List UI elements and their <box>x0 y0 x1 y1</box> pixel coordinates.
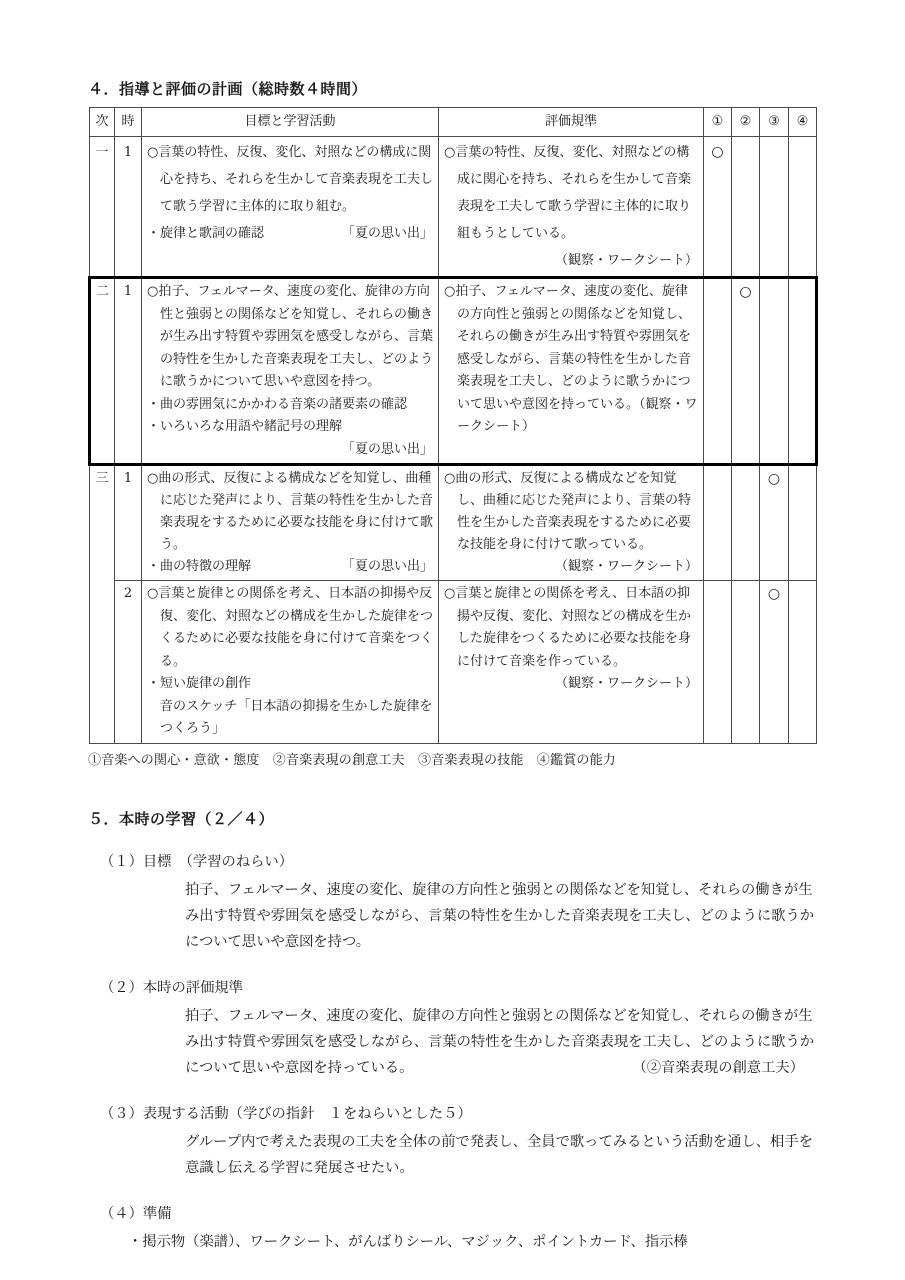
header-row: 次 時 目標と学習活動 評価規準 ① ② ③ ④ <box>90 108 817 137</box>
lesson-item-criteria: （２）本時の評価規準 拍子、フェルマータ、速度の変化、旋律の方向性と強弱との関係… <box>88 977 818 1081</box>
header-unit: 次 <box>90 108 115 137</box>
mark-cell-2 <box>732 137 760 278</box>
cell-line-left: ・曲の特徴の理解 <box>147 556 251 578</box>
header-mark-2: ② <box>732 108 760 137</box>
item-body: 拍子、フェルマータ、速度の変化、旋律の方向性と強弱との関係などを知覚し、それらの… <box>185 877 820 955</box>
unit-cell: 一 <box>90 137 115 278</box>
cell-line-right: 「夏の思い出」 <box>342 556 433 578</box>
mark-cell-2 <box>732 465 760 581</box>
mark-cell-3 <box>760 137 789 278</box>
table-row: 一1○言葉の特性、反復、変化、対照などの構成に関心を持ち、それらを生かして音楽表… <box>90 137 817 278</box>
item-heading: （３）表現する活動（学びの指針 １をねらいとした５） <box>100 1103 818 1123</box>
mark-cell-1: ○ <box>704 137 732 278</box>
mark-cell-1 <box>704 465 732 581</box>
table-row: 三1○曲の形式、反復による構成などを知覚し、曲種に応じた発声により、言葉の特性を… <box>90 465 817 581</box>
cell-line: ○曲の形式、反復による構成などを知覚し、曲種に応じた発声により、言葉の特性を生か… <box>147 468 433 556</box>
criteria-cell: ○言葉の特性、反復、変化、対照などの構成に関心を持ち、それらを生かして音楽表現を… <box>439 137 704 278</box>
mark-cell-4 <box>789 465 817 581</box>
mark-cell-1 <box>704 581 732 744</box>
mark-cell-3 <box>760 278 789 465</box>
cell-line-left: ・旋律と歌詞の確認 <box>147 220 264 247</box>
lesson-item-preparation: （４）準備 ・掲示物（楽譜）、ワークシート、がんばりシール、マジック、ポイントカ… <box>88 1203 818 1255</box>
criteria-cell: ○言葉と旋律との関係を考え、日本語の抑揚や反復、変化、対照などの構成を生かした旋… <box>439 581 704 744</box>
cell-line: ○言葉の特性、反復、変化、対照などの構成に関心を持ち、それらを生かして音楽表現を… <box>147 139 433 220</box>
item-heading: （２）本時の評価規準 <box>100 977 818 997</box>
section-plan: ４．指導と評価の計画（総時数４時間） 次 時 目標と学習活動 評価規準 ① ② <box>88 78 818 768</box>
section-this-lesson: ５．本時の学習（２／４） （１）目標 （学習のねらい） 拍子、フェルマータ、速度… <box>88 808 818 1255</box>
cell-line: 「夏の思い出」 <box>147 439 433 462</box>
criteria-cell: ○曲の形式、反復による構成などを知覚し、曲種に応じた発声により、言葉の特性を生か… <box>439 465 704 581</box>
cell-line: ・旋律と歌詞の確認「夏の思い出」 <box>147 220 433 247</box>
cell-line-right: 「夏の思い出」 <box>342 220 433 247</box>
table-row: 2○言葉と旋律との関係を考え、日本語の抑揚や反復、変化、対照などの構成を生かした… <box>90 581 817 744</box>
header-criteria: 評価規準 <box>439 108 704 137</box>
header-mark-3: ③ <box>760 108 789 137</box>
header-goals: 目標と学習活動 <box>142 108 439 137</box>
plan-table: 次 時 目標と学習活動 評価規準 ① ② ③ ④ 一1○言葉の特性、反復、変化、… <box>88 107 818 744</box>
goals-cell: ○言葉の特性、反復、変化、対照などの構成に関心を持ち、それらを生かして音楽表現を… <box>142 137 439 278</box>
item-body: 拍子、フェルマータ、速度の変化、旋律の方向性と強弱との関係などを知覚し、それらの… <box>185 1003 820 1081</box>
cell-line: （観察・ワークシート） <box>444 673 698 696</box>
mark-cell-4 <box>789 278 817 465</box>
cell-line: ・曲の雰囲気にかかわる音楽の諸要素の確認 <box>147 394 433 417</box>
section4-title: ４．指導と評価の計画（総時数４時間） <box>88 78 818 99</box>
item-note: （②音楽表現の創意工夫） <box>632 1055 804 1081</box>
lesson-plan-page: ４．指導と評価の計画（総時数４時間） 次 時 目標と学習活動 評価規準 ① ② <box>0 0 905 1280</box>
mark-cell-4 <box>789 581 817 744</box>
goals-cell: ○拍子、フェルマータ、速度の変化、旋律の方向性と強弱との関係などを知覚し、それら… <box>142 278 439 465</box>
lesson-item-activity: （３）表現する活動（学びの指針 １をねらいとした５） グループ内で考えた表現の工… <box>88 1103 818 1181</box>
plan-table-header: 次 時 目標と学習活動 評価規準 ① ② ③ ④ <box>90 108 817 137</box>
cell-line: ○拍子、フェルマータ、速度の変化、旋律の方向性と強弱との関係などを知覚し、それら… <box>147 281 433 394</box>
table-row: 二1○拍子、フェルマータ、速度の変化、旋律の方向性と強弱との関係などを知覚し、そ… <box>90 278 817 465</box>
mark-cell-1 <box>704 278 732 465</box>
criteria-cell: ○拍子、フェルマータ、速度の変化、旋律の方向性と強弱との関係などを知覚し、それら… <box>439 278 704 465</box>
cell-line: 音のスケッチ「日本語の抑揚を生かした旋律をつくろう」 <box>147 696 433 741</box>
header-mark-4: ④ <box>789 108 817 137</box>
cell-line: ・短い旋律の創作 <box>147 673 433 696</box>
item-body: ・掲示物（楽譜）、ワークシート、がんばりシール、マジック、ポイントカード、指示棒 <box>128 1229 820 1255</box>
document-content: ４．指導と評価の計画（総時数４時間） 次 時 目標と学習活動 評価規準 ① ② <box>88 78 818 1255</box>
item-heading: （１）目標 （学習のねらい） <box>100 851 818 871</box>
cell-line: ・いろいろな用語や緒記号の理解 <box>147 416 433 439</box>
cell-line: ○言葉と旋律との関係を考え、日本語の抑揚や反復、変化、対照などの構成を生かした旋… <box>147 583 433 673</box>
cell-line: （観察・ワークシート） <box>444 247 698 274</box>
hour-cell: 1 <box>115 465 142 581</box>
item-body: グループ内で考えた表現の工夫を全体の前で発表し、全員で歌ってみるという活動を通し… <box>185 1129 820 1181</box>
header-mark-1: ① <box>704 108 732 137</box>
hour-cell: 1 <box>115 137 142 278</box>
cell-line: ・曲の特徴の理解「夏の思い出」 <box>147 556 433 578</box>
section5-title: ５．本時の学習（２／４） <box>88 808 818 829</box>
criteria-legend: ①音楽への関心・意欲・態度 ②音楽表現の創意工夫 ③音楽表現の技能 ④鑑賞の能力 <box>88 749 818 768</box>
cell-line: ○曲の形式、反復による構成などを知覚し、曲種に応じた発声により、言葉の特性を生か… <box>444 468 698 556</box>
goals-cell: ○曲の形式、反復による構成などを知覚し、曲種に応じた発声により、言葉の特性を生か… <box>142 465 439 581</box>
unit-cell: 三 <box>90 465 115 744</box>
mark-cell-2: ○ <box>732 278 760 465</box>
unit-cell: 二 <box>90 278 115 465</box>
cell-line: ○言葉と旋律との関係を考え、日本語の抑揚や反復、変化、対照などの構成を生かした旋… <box>444 583 698 673</box>
mark-cell-3: ○ <box>760 465 789 581</box>
plan-table-body: 一1○言葉の特性、反復、変化、対照などの構成に関心を持ち、それらを生かして音楽表… <box>90 137 817 744</box>
mark-cell-2 <box>732 581 760 744</box>
mark-cell-3: ○ <box>760 581 789 744</box>
hour-cell: 2 <box>115 581 142 744</box>
mark-cell-4 <box>789 137 817 278</box>
goals-cell: ○言葉と旋律との関係を考え、日本語の抑揚や反復、変化、対照などの構成を生かした旋… <box>142 581 439 744</box>
item-heading: （４）準備 <box>100 1203 818 1223</box>
header-hour: 時 <box>115 108 142 137</box>
hour-cell: 1 <box>115 278 142 465</box>
cell-line: ○言葉の特性、反復、変化、対照などの構成に関心を持ち、それらを生かして音楽表現を… <box>444 139 698 247</box>
cell-line: （観察・ワークシート） <box>444 556 698 578</box>
cell-line: ○拍子、フェルマータ、速度の変化、旋律の方向性と強弱との関係などを知覚し、それら… <box>444 281 698 439</box>
lesson-item-goal: （１）目標 （学習のねらい） 拍子、フェルマータ、速度の変化、旋律の方向性と強弱… <box>88 851 818 955</box>
